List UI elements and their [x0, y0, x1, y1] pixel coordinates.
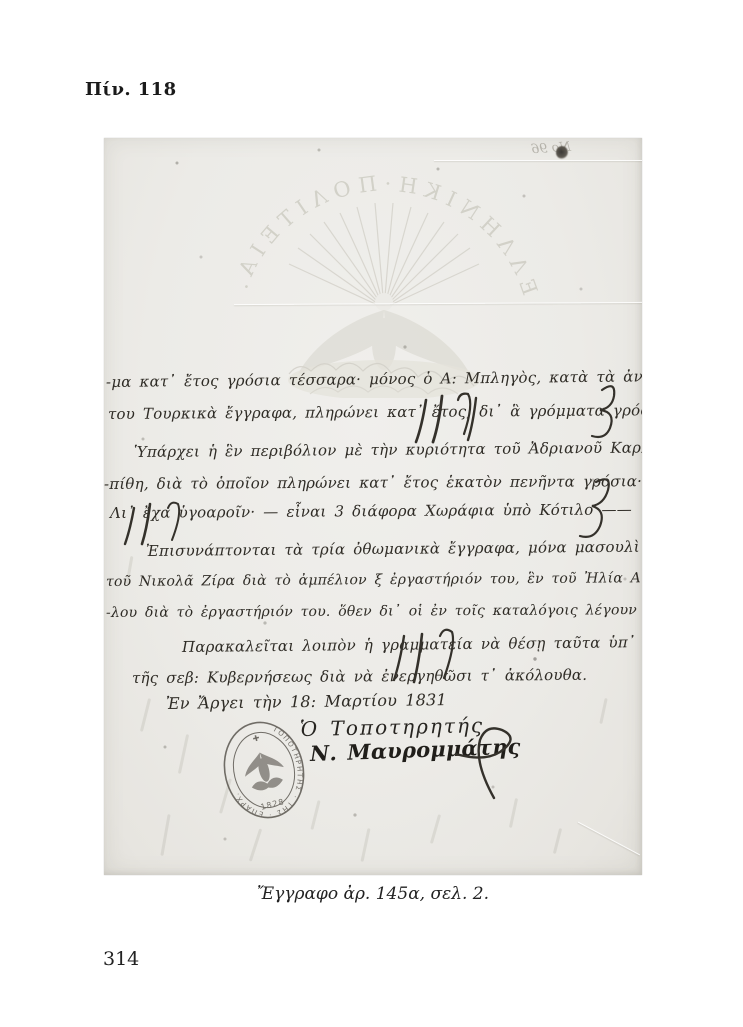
bleed-mark: [249, 828, 262, 861]
plate-label: Πίν. 118: [85, 79, 177, 100]
bleed-mark: [430, 814, 441, 844]
handwritten-line: τῆς σεβ: Κυβερνήσεως διὰ νὰ ἐνεργηθῶσι τ…: [132, 667, 587, 687]
paper-crease: [434, 160, 642, 161]
bleed-mark: [509, 798, 518, 828]
handwritten-line: -πίθη, διὰ τὸ ὁποῖον πληρώνει κατ᾽ ἔτος …: [104, 473, 642, 493]
page-number: 314: [103, 948, 139, 970]
handwritten-line: του Τουρκικὰ ἔγγραφα, πληρώνει κατ᾽ ἔτος…: [108, 402, 642, 423]
bleed-mark: [553, 828, 562, 854]
corner-note-mirrored: Νο 96: [496, 138, 607, 160]
phoenix-watermark: ΕΛΛΗΝΙΚΗ·ΠΟΛΙΤΕΙΑ.: [214, 158, 554, 398]
bleed-mark: [140, 698, 151, 732]
bleed-mark: [160, 814, 170, 856]
bleed-mark: [360, 828, 370, 862]
place-date-line: Ἐν Ἄργει τὴν 18: Μαρτίου 1831: [166, 691, 447, 713]
phoenix-head: [375, 293, 393, 311]
svg-text:ΕΛΛΗΝΙΚΗ·ΠΟΛΙΤΕΙΑ.: ΕΛΛΗΝΙΚΗ·ΠΟΛΙΤΕΙΑ.: [226, 172, 542, 299]
stamp-cross-icon: ✚: [252, 733, 261, 743]
handwritten-line: Ἐπισυνάπτονται τὰ τρία ὀθωμανικὰ ἔγγραφα…: [146, 538, 642, 559]
bleed-mark: [599, 698, 607, 724]
scanned-document: ΕΛΛΗΝΙΚΗ·ΠΟΛΙΤΕΙΑ.: [104, 138, 642, 875]
signature: Ν. Μαυρομμάτης: [310, 735, 521, 765]
handwritten-line: τοῦ Νικολᾶ Ζίρα διὰ τὸ ἀμπέλιον ξ ἐργαστ…: [106, 571, 642, 590]
bleed-mark: [178, 734, 189, 774]
scan-noise: [104, 138, 106, 140]
paper-crease: [578, 822, 640, 856]
handwritten-line: Ὑπάρχει ἡ ἓν περιβόλιον μὲ τὴν κυριότητα…: [134, 439, 642, 460]
phoenix-rays: [289, 203, 479, 308]
handwritten-line: Λι᾽ ἔχα ὑγοαροῖν· — εἶναι 3 διάφορα Χωρά…: [110, 501, 632, 521]
watermark-arc-text: ΕΛΛΗΝΙΚΗ·ΠΟΛΙΤΕΙΑ.: [226, 172, 542, 299]
handwritten-line: -μα κατ᾽ ἔτος γρόσια τέσσαρα· μόνος ὁ Α:…: [106, 368, 642, 391]
figure-caption: Ἔγγραφο ἀρ. 145α, σελ. 2.: [104, 884, 642, 904]
stamp-phoenix-icon: [240, 748, 288, 794]
handwritten-line: Παρακαλεῖται λοιπὸν ἡ γραμματεία νὰ θέσῃ…: [182, 634, 642, 656]
handwritten-line: -λου διὰ τὸ ἐργαστήριόν του. ὅθεν δι᾽ οἱ…: [106, 603, 642, 622]
